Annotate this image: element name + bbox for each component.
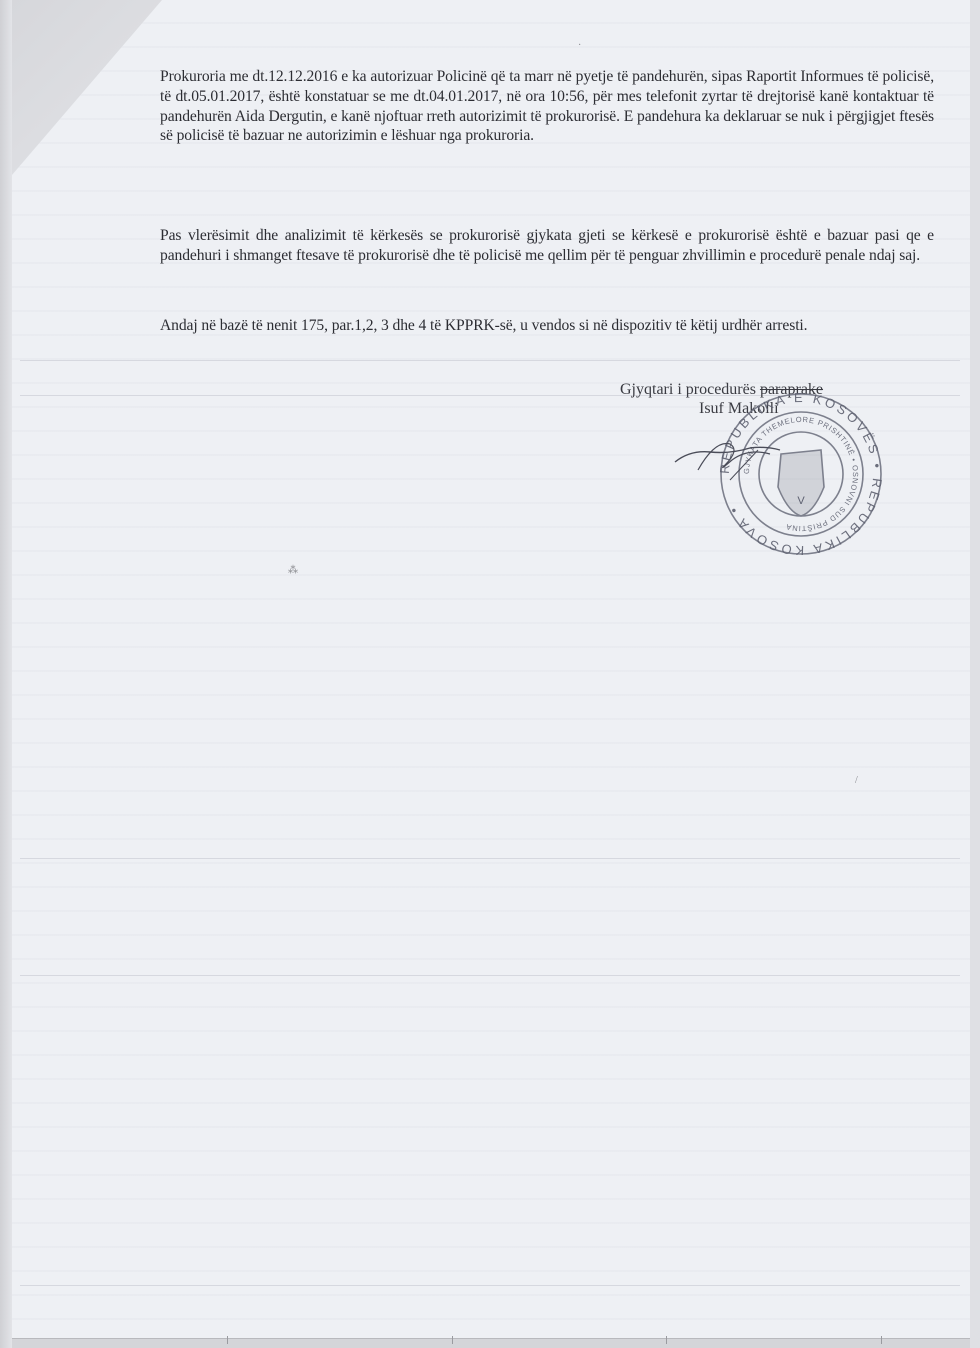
page-bottom-edge [12, 1338, 970, 1348]
scan-speck: ⁂ [288, 565, 298, 576]
scan-artifact-line [20, 360, 960, 361]
page-left-edge [0, 0, 14, 1348]
document-page [12, 0, 970, 1340]
scan-tick-mark [881, 1336, 882, 1344]
paragraph-court-assessment: Pas vlerësimit dhe analizimit të kërkesë… [160, 226, 934, 266]
scan-tick-mark [227, 1336, 228, 1344]
handwritten-signature [670, 430, 790, 490]
paragraph-police-authorization: Prokuroria me dt.12.12.2016 e ka autoriz… [160, 67, 934, 146]
svg-text:V: V [797, 495, 805, 507]
scan-speck: / [855, 775, 858, 786]
scan-artifact-line [20, 1285, 960, 1286]
paragraph-legal-basis: Andaj në bazë të nenit 175, par.1,2, 3 d… [160, 316, 934, 336]
scan-tick-mark [666, 1336, 667, 1344]
scan-artifact-line [20, 975, 960, 976]
scan-artifact-line [20, 858, 960, 859]
scan-tick-mark [452, 1336, 453, 1344]
scan-speck: · [578, 40, 581, 51]
